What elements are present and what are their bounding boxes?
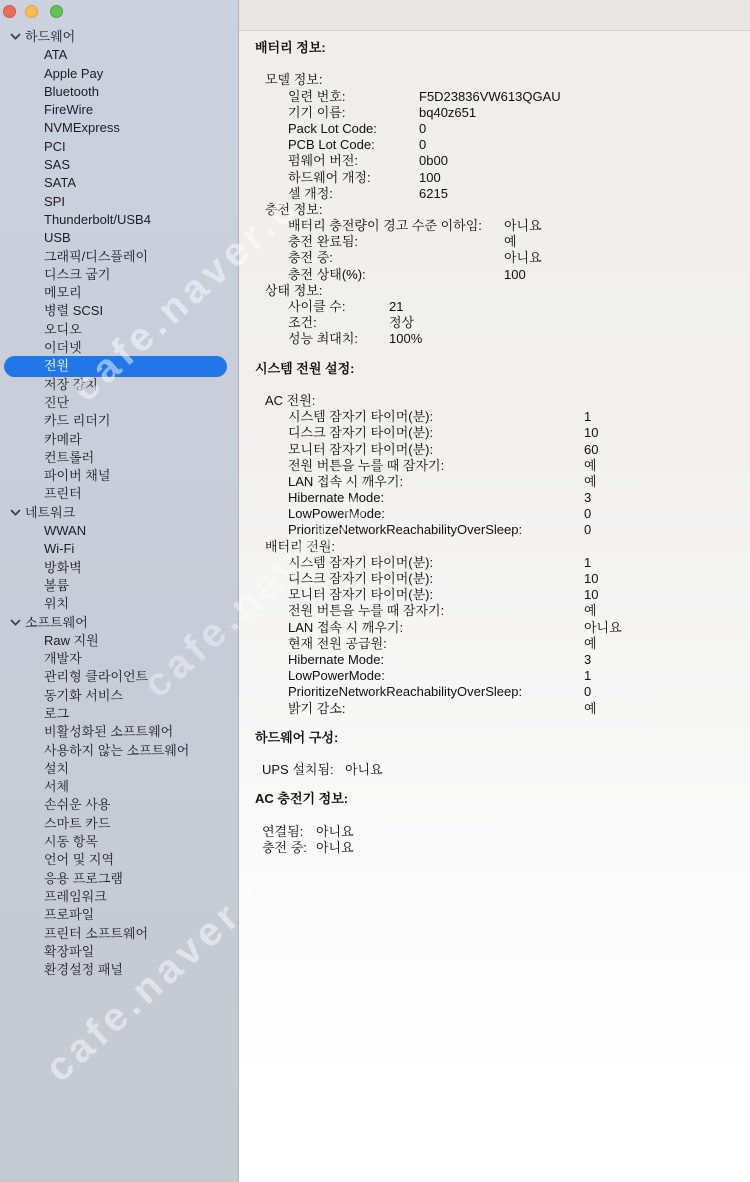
report-row: PrioritizeNetworkReachabilityOverSleep:0 [239,522,750,538]
report-row: LowPowerMode:1 [239,668,750,684]
row-label: Pack Lot Code: [288,121,377,137]
section-title-text: AC 충전기 정보: [255,791,348,807]
row-value: 아니요 [504,218,542,234]
chevron-down-icon[interactable] [10,619,21,627]
sidebar-item-label: 시동 항목 [44,833,98,851]
row-label: 충전 중: [262,840,307,856]
group-label-row: 모델 정보: [239,72,750,88]
report-row: 현재 전원 공급원:예 [239,636,750,652]
section-title-text: 시스템 전원 설정: [255,361,354,377]
sidebar-item-label: Bluetooth [44,83,99,101]
sidebar-item-label: 전원 [44,357,69,375]
row-value: 1 [584,668,591,684]
sidebar-item[interactable]: Apple Pay [0,65,238,83]
row-value: 1 [584,555,591,571]
row-value: 예 [584,474,597,490]
row-value: 10 [584,425,598,441]
sidebar-item-label: Apple Pay [44,65,103,83]
group-label: AC 전원: [265,393,315,409]
row-label: UPS 설치됨: [262,762,334,778]
row-label: 모니터 잠자기 타이머(분): [288,587,433,603]
sidebar-group-label: 소프트웨어 [25,614,88,632]
row-label: 충전 상태(%): [288,267,366,283]
sidebar-item[interactable]: 프로파일 [0,906,238,924]
row-label: 디스크 잠자기 타이머(분): [288,425,433,441]
row-value: 3 [584,652,591,668]
report-row: 셀 개정:6215 [239,186,750,202]
content-toolbar [239,0,750,31]
sidebar-item[interactable]: 비활성화된 소프트웨어 [0,723,238,741]
sidebar-item[interactable]: 확장파일 [0,943,238,961]
sidebar-item[interactable]: 언어 및 지역 [0,851,238,869]
sidebar-item-label: 병렬 SCSI [44,302,103,320]
sidebar-item-label: 프린터 소프트웨어 [44,925,148,943]
row-value: 3 [584,490,591,506]
row-value: 0 [584,506,591,522]
chevron-down-icon[interactable] [10,509,21,517]
sidebar-item[interactable]: 위치 [0,595,238,613]
row-label: 시스템 잠자기 타이머(분): [288,555,433,571]
system-information-window: 하드웨어ATAApple PayBluetoothFireWireNVMExpr… [0,0,750,1182]
report-row: LAN 접속 시 깨우기:아니요 [239,620,750,636]
report-row: 충전 중:아니요 [239,840,750,856]
sidebar-group[interactable]: 하드웨어 [0,28,238,46]
sidebar-item-label: 로그 [44,705,69,723]
section-title: 하드웨어 구성: [239,730,750,746]
sidebar-item-label: 컨트롤러 [44,449,94,467]
sidebar-item-label: 언어 및 지역 [44,851,114,869]
section-title: AC 충전기 정보: [239,791,750,807]
sidebar-item[interactable]: FireWire [0,101,238,119]
group-label-row: AC 전원: [239,393,750,409]
sidebar-item-label: 사용하지 않는 소프트웨어 [44,742,189,760]
row-label: Hibernate Mode: [288,490,384,506]
row-label: 펌웨어 버전: [288,153,358,169]
sidebar-item-label: 프로파일 [44,906,94,924]
sidebar-item[interactable]: Wi-Fi [0,540,238,558]
sidebar-item[interactable]: SAS [0,156,238,174]
sidebar-item-label: 동기화 서비스 [44,687,123,705]
sidebar-item-label: 확장파일 [44,943,94,961]
sidebar-item[interactable]: SATA [0,174,238,192]
sidebar-item[interactable]: 병렬 SCSI [0,302,238,320]
group-label-row: 상태 정보: [239,283,750,299]
minimize-button[interactable] [25,5,38,18]
report-row: 시스템 잠자기 타이머(분):1 [239,555,750,571]
section-title: 배터리 정보: [239,40,750,56]
sidebar-item[interactable]: Raw 지원 [0,632,238,650]
content-area: 배터리 정보:모델 정보:일련 번호:F5D23836VW613QGAU기기 이… [239,0,750,1182]
sidebar-item-label: 설치 [44,760,69,778]
sidebar-item-label: 이더넷 [44,339,82,357]
row-value: 예 [584,636,597,652]
sidebar-item[interactable]: 저장 장치 [0,376,238,394]
row-value: 1 [584,409,591,425]
sidebar-item[interactable]: 디스크 굽기 [0,266,238,284]
row-label: PrioritizeNetworkReachabilityOverSleep: [288,522,522,538]
row-value: 예 [504,234,517,250]
row-label: 시스템 잠자기 타이머(분): [288,409,433,425]
report-row: 밝기 감소:예 [239,701,750,717]
group-label: 모델 정보: [265,72,322,88]
row-label: LowPowerMode: [288,506,385,522]
report-row: 충전 완료됨:예 [239,234,750,250]
report-row: Hibernate Mode:3 [239,490,750,506]
report-section: AC 충전기 정보:연결됨:아니요충전 중:아니요 [239,791,750,856]
sidebar-item-label: 저장 장치 [44,376,98,394]
power-report: 배터리 정보:모델 정보:일련 번호:F5D23836VW613QGAU기기 이… [239,31,750,856]
sidebar-item[interactable]: 메모리 [0,284,238,302]
row-value: 10 [584,587,598,603]
sidebar-item-label: 서체 [44,778,69,796]
sidebar-item[interactable]: 카드 리더기 [0,412,238,430]
sidebar-item-label: 카드 리더기 [44,412,110,430]
report-row: 모니터 잠자기 타이머(분):60 [239,442,750,458]
sidebar-item-label: Thunderbolt/USB4 [44,211,151,229]
sidebar-item[interactable]: Bluetooth [0,83,238,101]
sidebar-item-label: 스마트 카드 [44,815,110,833]
sidebar-item-label: Wi-Fi [44,540,74,558]
sidebar-item-label: 프레임워크 [44,888,107,906]
sidebar-item-label: 파이버 채널 [44,467,110,485]
group-label-row: 배터리 전원: [239,539,750,555]
sidebar-item[interactable]: 이더넷 [0,339,238,357]
sidebar-item-label: PCI [44,138,66,156]
row-label: 배터리 충전량이 경고 수준 이하임: [288,218,482,234]
zoom-button[interactable] [50,5,63,18]
sidebar-item-label: SATA [44,174,76,192]
report-row: 기기 이름:bq40z651 [239,105,750,121]
row-value: 아니요 [584,620,622,636]
sidebar-item-label: 그래픽/디스플레이 [44,248,148,266]
report-row: 디스크 잠자기 타이머(분):10 [239,571,750,587]
sidebar-item[interactable]: 스마트 카드 [0,815,238,833]
row-value: 아니요 [316,824,354,840]
report-row: 충전 상태(%):100 [239,267,750,283]
report-section: 하드웨어 구성:UPS 설치됨:아니요 [239,730,750,779]
row-label: LowPowerMode: [288,668,385,684]
sidebar-item-label: 개발자 [44,650,82,668]
row-label: PrioritizeNetworkReachabilityOverSleep: [288,684,522,700]
sidebar-item-label: NVMExpress [44,119,120,137]
row-value: bq40z651 [419,105,476,121]
sidebar-item-label: 응용 프로그램 [44,870,123,888]
row-label: 연결됨: [262,824,303,840]
row-value: 아니요 [316,840,354,856]
row-label: 현재 전원 공급원: [288,636,387,652]
report-row: 시스템 잠자기 타이머(분):1 [239,409,750,425]
sidebar-group[interactable]: 네트워크 [0,504,238,522]
section-title-text: 하드웨어 구성: [255,730,338,746]
row-label: 충전 완료됨: [288,234,358,250]
section-title: 시스템 전원 설정: [239,361,750,377]
row-value: 아니요 [345,762,383,778]
row-label: 충전 중: [288,250,333,266]
sidebar-item[interactable]: 사용하지 않는 소프트웨어 [0,742,238,760]
sidebar-item-label: 프린터 [44,485,82,503]
row-value: 예 [584,701,597,717]
report-row: LowPowerMode:0 [239,506,750,522]
sidebar-group[interactable]: 소프트웨어 [0,614,238,632]
sidebar-item[interactable]: 컨트롤러 [0,449,238,467]
sidebar-item-label: SAS [44,156,70,174]
row-label: PCB Lot Code: [288,137,375,153]
sidebar-item-label: ATA [44,46,67,64]
sidebar-item-label: SPI [44,193,65,211]
sidebar-item[interactable]: 환경설정 패널 [0,961,238,979]
group-label: 상태 정보: [265,283,322,299]
sidebar-item[interactable]: WWAN [0,522,238,540]
row-value: 예 [584,458,597,474]
close-button[interactable] [3,5,16,18]
row-label: LAN 접속 시 깨우기: [288,620,403,636]
report-row: Pack Lot Code:0 [239,121,750,137]
report-row: 연결됨:아니요 [239,824,750,840]
row-label: 전원 버튼을 누를 때 잠자기: [288,603,444,619]
row-label: 조건: [288,315,317,331]
sidebar-item[interactable]: Thunderbolt/USB4 [0,211,238,229]
report-row: Hibernate Mode:3 [239,652,750,668]
sidebar-item-label: 진단 [44,394,69,412]
row-label: LAN 접속 시 깨우기: [288,474,403,490]
sidebar-group-label: 네트워크 [25,504,75,522]
sidebar-item-label: 메모리 [44,284,82,302]
row-label: Hibernate Mode: [288,652,384,668]
sidebar-item-label: WWAN [44,522,86,540]
row-label: 성능 최대치: [288,331,358,347]
sidebar-item[interactable]: SPI [0,193,238,211]
group-label: 충전 정보: [265,202,322,218]
sidebar-item[interactable]: USB [0,229,238,247]
row-value: 0 [419,121,426,137]
report-row: 배터리 충전량이 경고 수준 이하임:아니요 [239,218,750,234]
sidebar-item-label: 위치 [44,595,69,613]
sidebar-item[interactable]: 설치 [0,760,238,778]
report-row: 사이클 수:21 [239,299,750,315]
row-label: 사이클 수: [288,299,345,315]
sidebar-item[interactable]: 오디오 [0,321,238,339]
row-value: 100 [419,170,441,186]
sidebar-item[interactable]: PCI [0,138,238,156]
sidebar-item-label: 볼륨 [44,577,69,595]
row-value: 100% [389,331,422,347]
sidebar-item[interactable]: 카메라 [0,431,238,449]
sidebar-item[interactable]: 시동 항목 [0,833,238,851]
selection-highlight [4,356,227,376]
row-value: 0 [419,137,426,153]
sidebar-item[interactable]: 볼륨 [0,577,238,595]
row-value: 정상 [389,315,414,331]
row-value: 예 [584,603,597,619]
report-section: 시스템 전원 설정:AC 전원:시스템 잠자기 타이머(분):1디스크 잠자기 … [239,361,750,717]
sidebar-item-label: 손쉬운 사용 [44,796,110,814]
report-row: 성능 최대치:100% [239,331,750,347]
row-label: 일련 번호: [288,89,345,105]
report-row: PCB Lot Code:0 [239,137,750,153]
sidebar-item[interactable]: ATA [0,46,238,64]
report-row: 전원 버튼을 누를 때 잠자기:예 [239,458,750,474]
sidebar-item-label: 오디오 [44,321,82,339]
sidebar-item-label: 디스크 굽기 [44,266,110,284]
sidebar-item[interactable]: 프린터 [0,485,238,503]
sidebar-item-label: FireWire [44,101,93,119]
row-value: 0 [584,684,591,700]
sidebar-item[interactable]: 프레임워크 [0,888,238,906]
sidebar-item[interactable]: 응용 프로그램 [0,870,238,888]
row-label: 셀 개정: [288,186,333,202]
sidebar: 하드웨어ATAApple PayBluetoothFireWireNVMExpr… [0,0,239,1182]
report-row: 모니터 잠자기 타이머(분):10 [239,587,750,603]
sidebar-item[interactable]: 손쉬운 사용 [0,796,238,814]
row-value: 21 [389,299,403,315]
row-label: 밝기 감소: [288,701,345,717]
group-label: 배터리 전원: [265,539,335,555]
row-value: 6215 [419,186,448,202]
row-value: 아니요 [504,250,542,266]
report-row: UPS 설치됨:아니요 [239,762,750,778]
report-row: 일련 번호:F5D23836VW613QGAU [239,89,750,105]
sidebar-item[interactable]: 관리형 클라이언트 [0,668,238,686]
report-row: 하드웨어 개정:100 [239,170,750,186]
sidebar-item-label: 방화벽 [44,559,82,577]
sidebar-item[interactable]: 그래픽/디스플레이 [0,248,238,266]
row-value: 0b00 [419,153,448,169]
row-label: 기기 이름: [288,105,345,121]
sidebar-item-label: 환경설정 패널 [44,961,123,979]
sidebar-item[interactable]: 전원 [0,357,238,375]
sidebar-item[interactable]: 방화벽 [0,559,238,577]
sidebar-item[interactable]: 파이버 채널 [0,467,238,485]
sidebar-item[interactable]: 프린터 소프트웨어 [0,925,238,943]
row-label: 디스크 잠자기 타이머(분): [288,571,433,587]
report-row: 충전 중:아니요 [239,250,750,266]
sidebar-item[interactable]: NVMExpress [0,119,238,137]
sidebar-item-label: 관리형 클라이언트 [44,668,148,686]
report-row: 전원 버튼을 누를 때 잠자기:예 [239,603,750,619]
sidebar-item-label: USB [44,229,71,247]
sidebar-group-label: 하드웨어 [25,28,75,46]
row-value: 0 [584,522,591,538]
row-value: 10 [584,571,598,587]
sidebar-item-label: 카메라 [44,431,82,449]
report-row: LAN 접속 시 깨우기:예 [239,474,750,490]
sidebar-item[interactable]: 로그 [0,705,238,723]
section-title-text: 배터리 정보: [255,40,326,56]
report-section: 배터리 정보:모델 정보:일련 번호:F5D23836VW613QGAU기기 이… [239,40,750,348]
row-value: 60 [584,442,598,458]
row-value: 100 [504,267,526,283]
report-row: 조건:정상 [239,315,750,331]
sidebar-item[interactable]: 동기화 서비스 [0,687,238,705]
row-label: 모니터 잠자기 타이머(분): [288,442,433,458]
sidebar-item[interactable]: 진단 [0,394,238,412]
report-row: PrioritizeNetworkReachabilityOverSleep:0 [239,684,750,700]
row-value: F5D23836VW613QGAU [419,89,561,105]
report-row: 디스크 잠자기 타이머(분):10 [239,425,750,441]
group-label-row: 충전 정보: [239,202,750,218]
row-label: 전원 버튼을 누를 때 잠자기: [288,458,444,474]
report-row: 펌웨어 버전:0b00 [239,153,750,169]
sidebar-tree: 하드웨어ATAApple PayBluetoothFireWireNVMExpr… [0,28,238,979]
sidebar-item-label: Raw 지원 [44,632,99,650]
sidebar-item[interactable]: 서체 [0,778,238,796]
row-label: 하드웨어 개정: [288,170,371,186]
sidebar-item[interactable]: 개발자 [0,650,238,668]
chevron-down-icon[interactable] [10,33,21,41]
sidebar-item-label: 비활성화된 소프트웨어 [44,723,173,741]
